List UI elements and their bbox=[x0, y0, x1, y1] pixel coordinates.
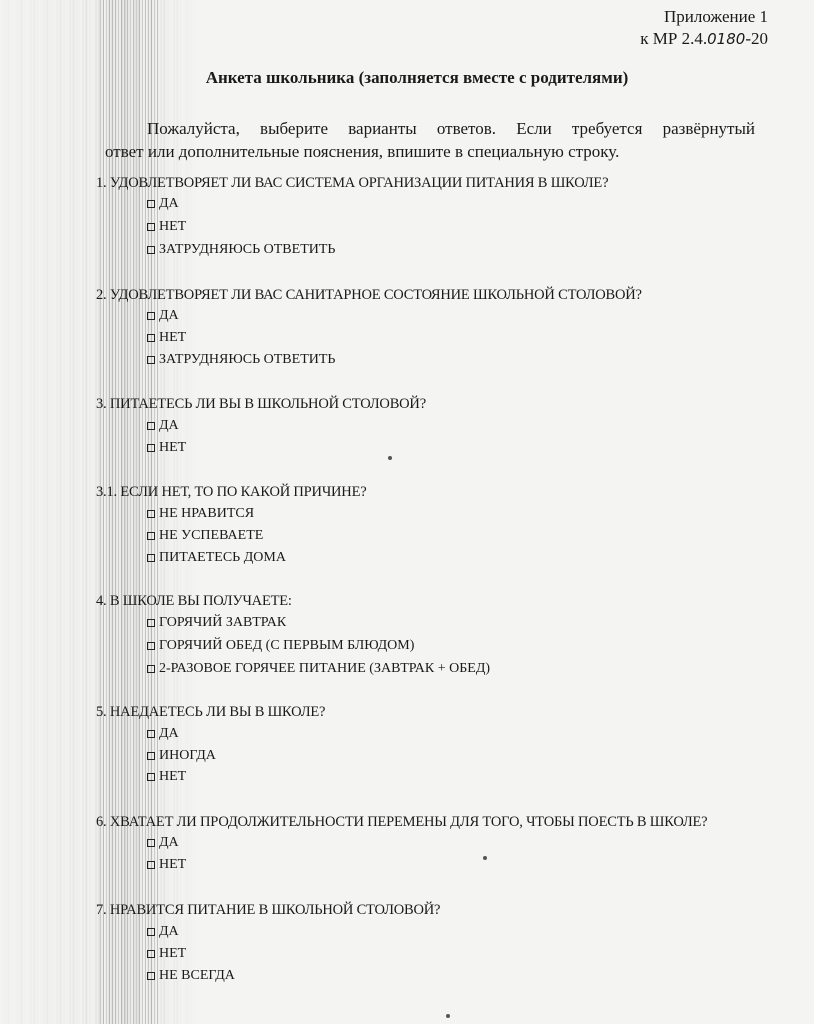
option-label: ДА bbox=[159, 835, 179, 851]
checkbox-icon[interactable] bbox=[147, 752, 155, 760]
option-checkbox[interactable]: ПИТАЕТЕСЬ ДОМА bbox=[147, 550, 286, 566]
intro-line-2: ответ или дополнительные пояснения, впиш… bbox=[105, 142, 619, 161]
option-checkbox[interactable]: ГОРЯЧИЙ ОБЕД (С ПЕРВЫМ БЛЮДОМ) bbox=[147, 638, 414, 654]
checkbox-icon[interactable] bbox=[147, 554, 155, 562]
checkbox-icon[interactable] bbox=[147, 665, 155, 673]
option-label: НЕТ bbox=[159, 857, 186, 873]
option-label: ДА bbox=[159, 726, 179, 742]
option-label: ЗАТРУДНЯЮСЬ ОТВЕТИТЬ bbox=[159, 352, 335, 368]
checkbox-icon[interactable] bbox=[147, 972, 155, 980]
option-checkbox[interactable]: НЕТ bbox=[147, 857, 186, 873]
appendix-line1: Приложение 1 bbox=[640, 6, 768, 28]
question-1: 1. УДОВЛЕТВОРЯЕТ ЛИ ВАС СИСТЕМА ОРГАНИЗА… bbox=[96, 175, 608, 192]
page-title: Анкета школьника (заполняется вместе с р… bbox=[0, 68, 814, 88]
option-label: ЗАТРУДНЯЮСЬ ОТВЕТИТЬ bbox=[159, 242, 335, 258]
checkbox-icon[interactable] bbox=[147, 532, 155, 540]
intro-line-1: Пожалуйста, выберите варианты ответов. Е… bbox=[105, 117, 755, 140]
option-label: НЕ ВСЕГДА bbox=[159, 968, 235, 984]
checkbox-icon[interactable] bbox=[147, 619, 155, 627]
questionnaire-page: Приложение 1 к МР 2.4.0180-20 Анкета шко… bbox=[0, 0, 814, 1024]
intro-text: Пожалуйста, выберите варианты ответов. Е… bbox=[105, 117, 755, 163]
option-label: НЕ НРАВИТСЯ bbox=[159, 506, 254, 522]
question-6: 6. ХВАТАЕТ ЛИ ПРОДОЛЖИТЕЛЬНОСТИ ПЕРЕМЕНЫ… bbox=[96, 814, 707, 831]
option-checkbox[interactable]: ДА bbox=[147, 726, 179, 742]
option-label: ДА bbox=[159, 924, 179, 940]
option-label: НЕ УСПЕВАЕТЕ bbox=[159, 528, 263, 544]
option-checkbox[interactable]: ДА bbox=[147, 418, 179, 434]
option-checkbox[interactable]: НЕ НРАВИТСЯ bbox=[147, 506, 254, 522]
appendix-label: Приложение 1 к МР 2.4.0180-20 bbox=[640, 6, 768, 50]
option-checkbox[interactable]: ДА bbox=[147, 835, 179, 851]
checkbox-icon[interactable] bbox=[147, 444, 155, 452]
question-3-1: 3.1. ЕСЛИ НЕТ, ТО ПО КАКОЙ ПРИЧИНЕ? bbox=[96, 484, 366, 501]
option-label: ДА bbox=[159, 308, 179, 324]
question-4: 4. В ШКОЛЕ ВЫ ПОЛУЧАЕТЕ: bbox=[96, 593, 292, 610]
option-checkbox[interactable]: ИНОГДА bbox=[147, 748, 216, 764]
appendix-ref-prefix: к МР 2.4. bbox=[640, 29, 707, 48]
option-label: НЕТ bbox=[159, 219, 186, 235]
option-checkbox[interactable]: 2-РАЗОВОЕ ГОРЯЧЕЕ ПИТАНИЕ (ЗАВТРАК + ОБЕ… bbox=[147, 661, 490, 677]
checkbox-icon[interactable] bbox=[147, 334, 155, 342]
option-label: НЕТ bbox=[159, 330, 186, 346]
option-checkbox[interactable]: ЗАТРУДНЯЮСЬ ОТВЕТИТЬ bbox=[147, 242, 335, 258]
scan-speck bbox=[446, 1014, 450, 1018]
checkbox-icon[interactable] bbox=[147, 246, 155, 254]
option-checkbox[interactable]: НЕТ bbox=[147, 769, 186, 785]
checkbox-icon[interactable] bbox=[147, 356, 155, 364]
appendix-line2: к МР 2.4.0180-20 bbox=[640, 28, 768, 50]
checkbox-icon[interactable] bbox=[147, 861, 155, 869]
appendix-handwritten-number: 0180 bbox=[707, 30, 745, 48]
option-label: ДА bbox=[159, 196, 179, 212]
option-checkbox[interactable]: НЕТ bbox=[147, 330, 186, 346]
option-checkbox[interactable]: НЕТ bbox=[147, 219, 186, 235]
question-3: 3. ПИТАЕТЕСЬ ЛИ ВЫ В ШКОЛЬНОЙ СТОЛОВОЙ? bbox=[96, 396, 426, 413]
option-label: ПИТАЕТЕСЬ ДОМА bbox=[159, 550, 286, 566]
option-checkbox[interactable]: ГОРЯЧИЙ ЗАВТРАК bbox=[147, 615, 286, 631]
checkbox-icon[interactable] bbox=[147, 223, 155, 231]
question-5: 5. НАЕДАЕТЕСЬ ЛИ ВЫ В ШКОЛЕ? bbox=[96, 704, 325, 721]
checkbox-icon[interactable] bbox=[147, 642, 155, 650]
checkbox-icon[interactable] bbox=[147, 312, 155, 320]
question-7: 7. НРАВИТСЯ ПИТАНИЕ В ШКОЛЬНОЙ СТОЛОВОЙ? bbox=[96, 902, 440, 919]
scan-speck bbox=[483, 856, 487, 860]
checkbox-icon[interactable] bbox=[147, 200, 155, 208]
option-checkbox[interactable]: ДА bbox=[147, 924, 179, 940]
option-label: НЕТ bbox=[159, 440, 186, 456]
option-checkbox[interactable]: ДА bbox=[147, 196, 179, 212]
option-checkbox[interactable]: НЕТ bbox=[147, 946, 186, 962]
checkbox-icon[interactable] bbox=[147, 422, 155, 430]
option-label: НЕТ bbox=[159, 769, 186, 785]
option-checkbox[interactable]: НЕ УСПЕВАЕТЕ bbox=[147, 528, 263, 544]
checkbox-icon[interactable] bbox=[147, 839, 155, 847]
question-2: 2. УДОВЛЕТВОРЯЕТ ЛИ ВАС САНИТАРНОЕ СОСТО… bbox=[96, 287, 642, 304]
checkbox-icon[interactable] bbox=[147, 773, 155, 781]
option-label: НЕТ bbox=[159, 946, 186, 962]
checkbox-icon[interactable] bbox=[147, 928, 155, 936]
option-label: ДА bbox=[159, 418, 179, 434]
option-label: ГОРЯЧИЙ ЗАВТРАК bbox=[159, 615, 286, 631]
appendix-ref-suffix: -20 bbox=[745, 29, 768, 48]
option-label: ГОРЯЧИЙ ОБЕД (С ПЕРВЫМ БЛЮДОМ) bbox=[159, 638, 414, 654]
checkbox-icon[interactable] bbox=[147, 730, 155, 738]
option-checkbox[interactable]: ЗАТРУДНЯЮСЬ ОТВЕТИТЬ bbox=[147, 352, 335, 368]
checkbox-icon[interactable] bbox=[147, 950, 155, 958]
scan-speck bbox=[388, 456, 392, 460]
checkbox-icon[interactable] bbox=[147, 510, 155, 518]
option-label: 2-РАЗОВОЕ ГОРЯЧЕЕ ПИТАНИЕ (ЗАВТРАК + ОБЕ… bbox=[159, 661, 490, 677]
option-checkbox[interactable]: НЕ ВСЕГДА bbox=[147, 968, 235, 984]
option-checkbox[interactable]: НЕТ bbox=[147, 440, 186, 456]
option-checkbox[interactable]: ДА bbox=[147, 308, 179, 324]
option-label: ИНОГДА bbox=[159, 748, 216, 764]
